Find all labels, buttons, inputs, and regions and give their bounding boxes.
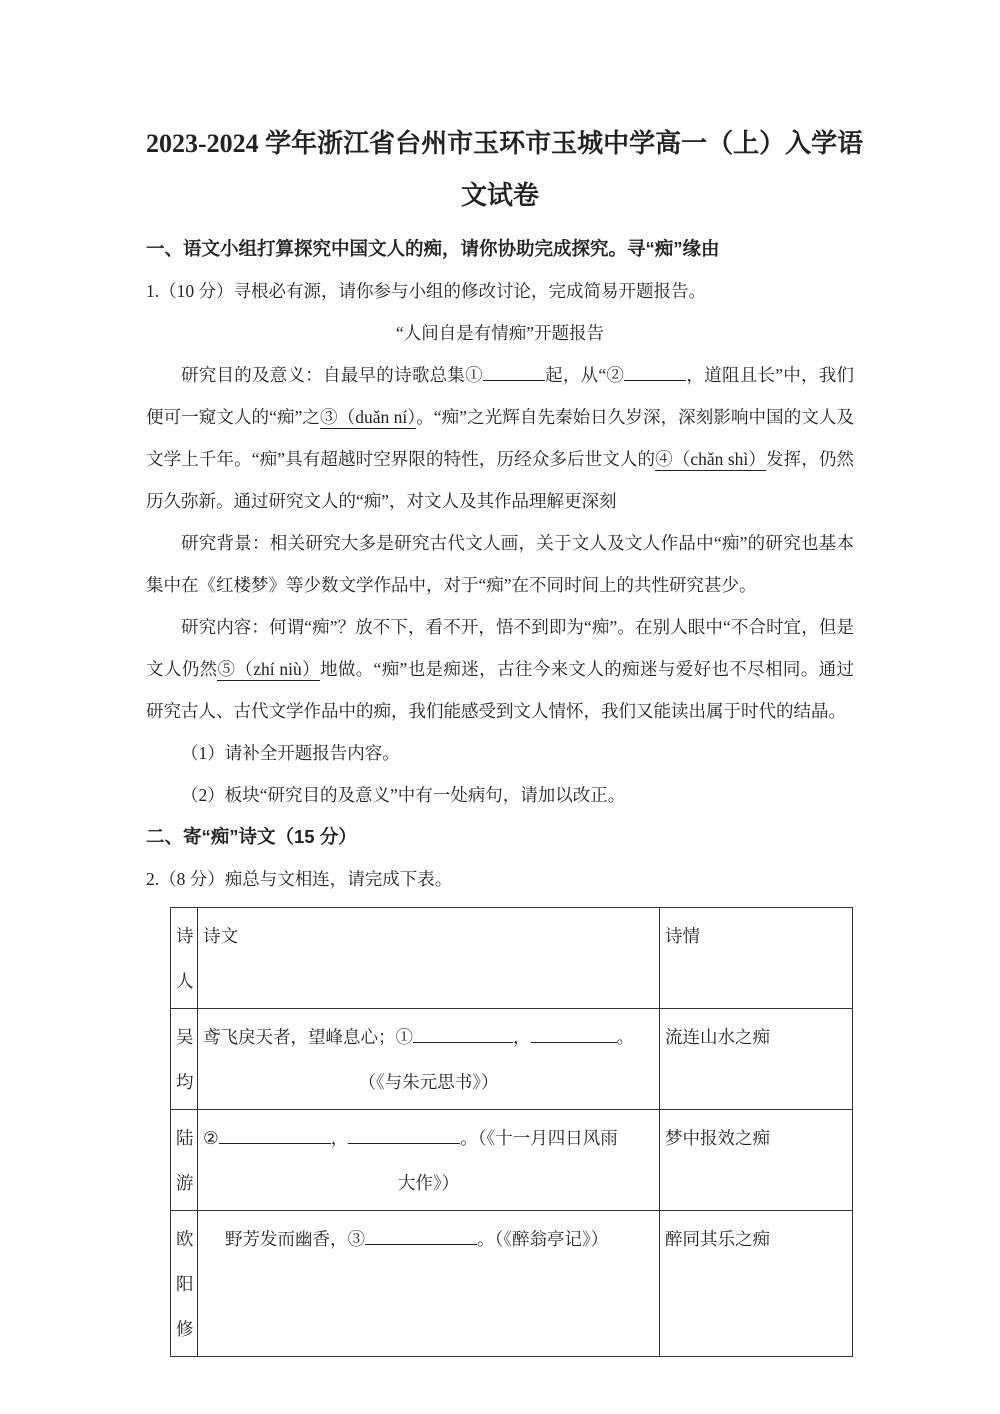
text-run: （《与朱元思书》）	[359, 1072, 499, 1092]
exam-page: 2023-2024 学年浙江省台州市玉环市玉城中学高一（上）入学语 文试卷 一、…	[0, 0, 1000, 1414]
question1-intro: 1.（10 分）寻根必有源，请你参与小组的修改讨论，完成简易开题报告。	[146, 270, 854, 312]
text-run: 起，从“②	[545, 365, 624, 385]
text-run: 。（《十一月四日风雨	[460, 1128, 618, 1148]
table-header-cell: 诗文	[198, 908, 660, 1009]
verse-cell: 鸢飞戾天者，望峰息心；①，。（《与朱元思书》）	[198, 1009, 660, 1110]
verse-cell: ②，。（《十一月四日风雨大作》）	[198, 1110, 660, 1211]
blank-answer-line	[624, 362, 686, 381]
blank-answer-line	[348, 1125, 460, 1144]
poet-cell: 陆游	[171, 1110, 198, 1211]
report-title: “人间自是有情痴”开题报告	[146, 312, 854, 354]
emotion-cell: 梦中报效之痴	[660, 1110, 853, 1211]
question1-sub1: （1）请补全开题报告内容。	[146, 732, 854, 774]
pinyin-underline: ⑤（zhí niù）	[217, 659, 319, 681]
emotion-cell: 流连山水之痴	[660, 1009, 853, 1110]
question2-intro: 2.（8 分）痴总与文相连，请完成下表。	[146, 858, 854, 900]
page-title: 2023-2024 学年浙江省台州市玉环市玉城中学高一（上）入学语 文试卷	[146, 118, 854, 222]
table-header-cell: 诗人	[171, 908, 198, 1009]
poet-cell: 欧阳修	[171, 1211, 198, 1357]
pinyin-underline: ④（chǎn shì）	[655, 449, 766, 471]
text-run: ，	[513, 1027, 531, 1047]
text-run: ②	[203, 1128, 219, 1148]
table-row: 陆游②，。（《十一月四日风雨大作》）梦中报效之痴	[171, 1110, 853, 1211]
report-paragraph-content: 研究内容：何谓“痴”？放不下，看不开，悟不到即为“痴”。在别人眼中“不合时宜，但…	[146, 606, 854, 732]
report-paragraph-background: 研究背景：相关研究大多是研究古代文人画，关于文人及文人作品中“痴”的研究也基本集…	[146, 522, 854, 606]
text-run: 鸢飞戾天者，望峰息心；①	[203, 1027, 413, 1047]
emotion-cell: 醉同其乐之痴	[660, 1211, 853, 1357]
page-title-line1: 2023-2024 学年浙江省台州市玉环市玉城中学高一（上）入学语	[146, 118, 854, 170]
blank-answer-line	[219, 1125, 331, 1144]
verse-line: 野芳发而幽香，③。（《醉翁亭记》）	[203, 1217, 654, 1262]
verse-source-line: （《与朱元思书》）	[203, 1060, 654, 1105]
table-row: 吴均鸢飞戾天者，望峰息心；①，。（《与朱元思书》）流连山水之痴	[171, 1009, 853, 1110]
text-run: 。（《醉翁亭记》）	[477, 1229, 608, 1249]
blank-answer-line	[483, 362, 545, 381]
text-run: 。	[617, 1027, 635, 1047]
text-run: 研究目的及意义：自最早的诗歌总集①	[181, 365, 483, 385]
poem-table: 诗人诗文诗情吴均鸢飞戾天者，望峰息心；①，。（《与朱元思书》）流连山水之痴陆游②…	[170, 907, 853, 1357]
text-run: ，	[331, 1128, 349, 1148]
blank-answer-line	[365, 1226, 477, 1245]
table-header-cell: 诗情	[660, 908, 853, 1009]
poem-table-body: 诗人诗文诗情吴均鸢飞戾天者，望峰息心；①，。（《与朱元思书》）流连山水之痴陆游②…	[171, 908, 853, 1357]
text-run: 研究背景：相关研究大多是研究古代文人画，关于文人及文人作品中“痴”的研究也基本集…	[146, 533, 854, 595]
section1-heading: 一、语文小组打算探究中国文人的痴，请你协助完成探究。寻“痴”缘由	[146, 228, 854, 270]
verse-source-line: 大作》）	[203, 1161, 654, 1206]
question1-sub2: （2）板块“研究目的及意义”中有一处病句，请加以改正。	[146, 774, 854, 816]
verse-line: ②，。（《十一月四日风雨	[203, 1116, 654, 1161]
blank-answer-line	[531, 1024, 617, 1043]
verse-line: 鸢飞戾天者，望峰息心；①，。	[203, 1015, 654, 1060]
table-row: 欧阳修野芳发而幽香，③。（《醉翁亭记》）醉同其乐之痴	[171, 1211, 853, 1357]
poet-cell: 吴均	[171, 1009, 198, 1110]
section2-heading: 二、寄“痴”诗文（15 分）	[146, 816, 854, 858]
verse-cell: 野芳发而幽香，③。（《醉翁亭记》）	[198, 1211, 660, 1357]
table-header-row: 诗人诗文诗情	[171, 908, 853, 1009]
page-title-line2: 文试卷	[146, 170, 854, 222]
text-run: 野芳发而幽香，③	[225, 1229, 365, 1249]
pinyin-underline: ③（duǎn ní）	[320, 407, 416, 429]
text-run: 大作》）	[398, 1173, 459, 1193]
blank-answer-line	[413, 1024, 513, 1043]
report-paragraph-purpose: 研究目的及意义：自最早的诗歌总集①起，从“②，道阻且长”中，我们便可一窥文人的“…	[146, 354, 854, 522]
